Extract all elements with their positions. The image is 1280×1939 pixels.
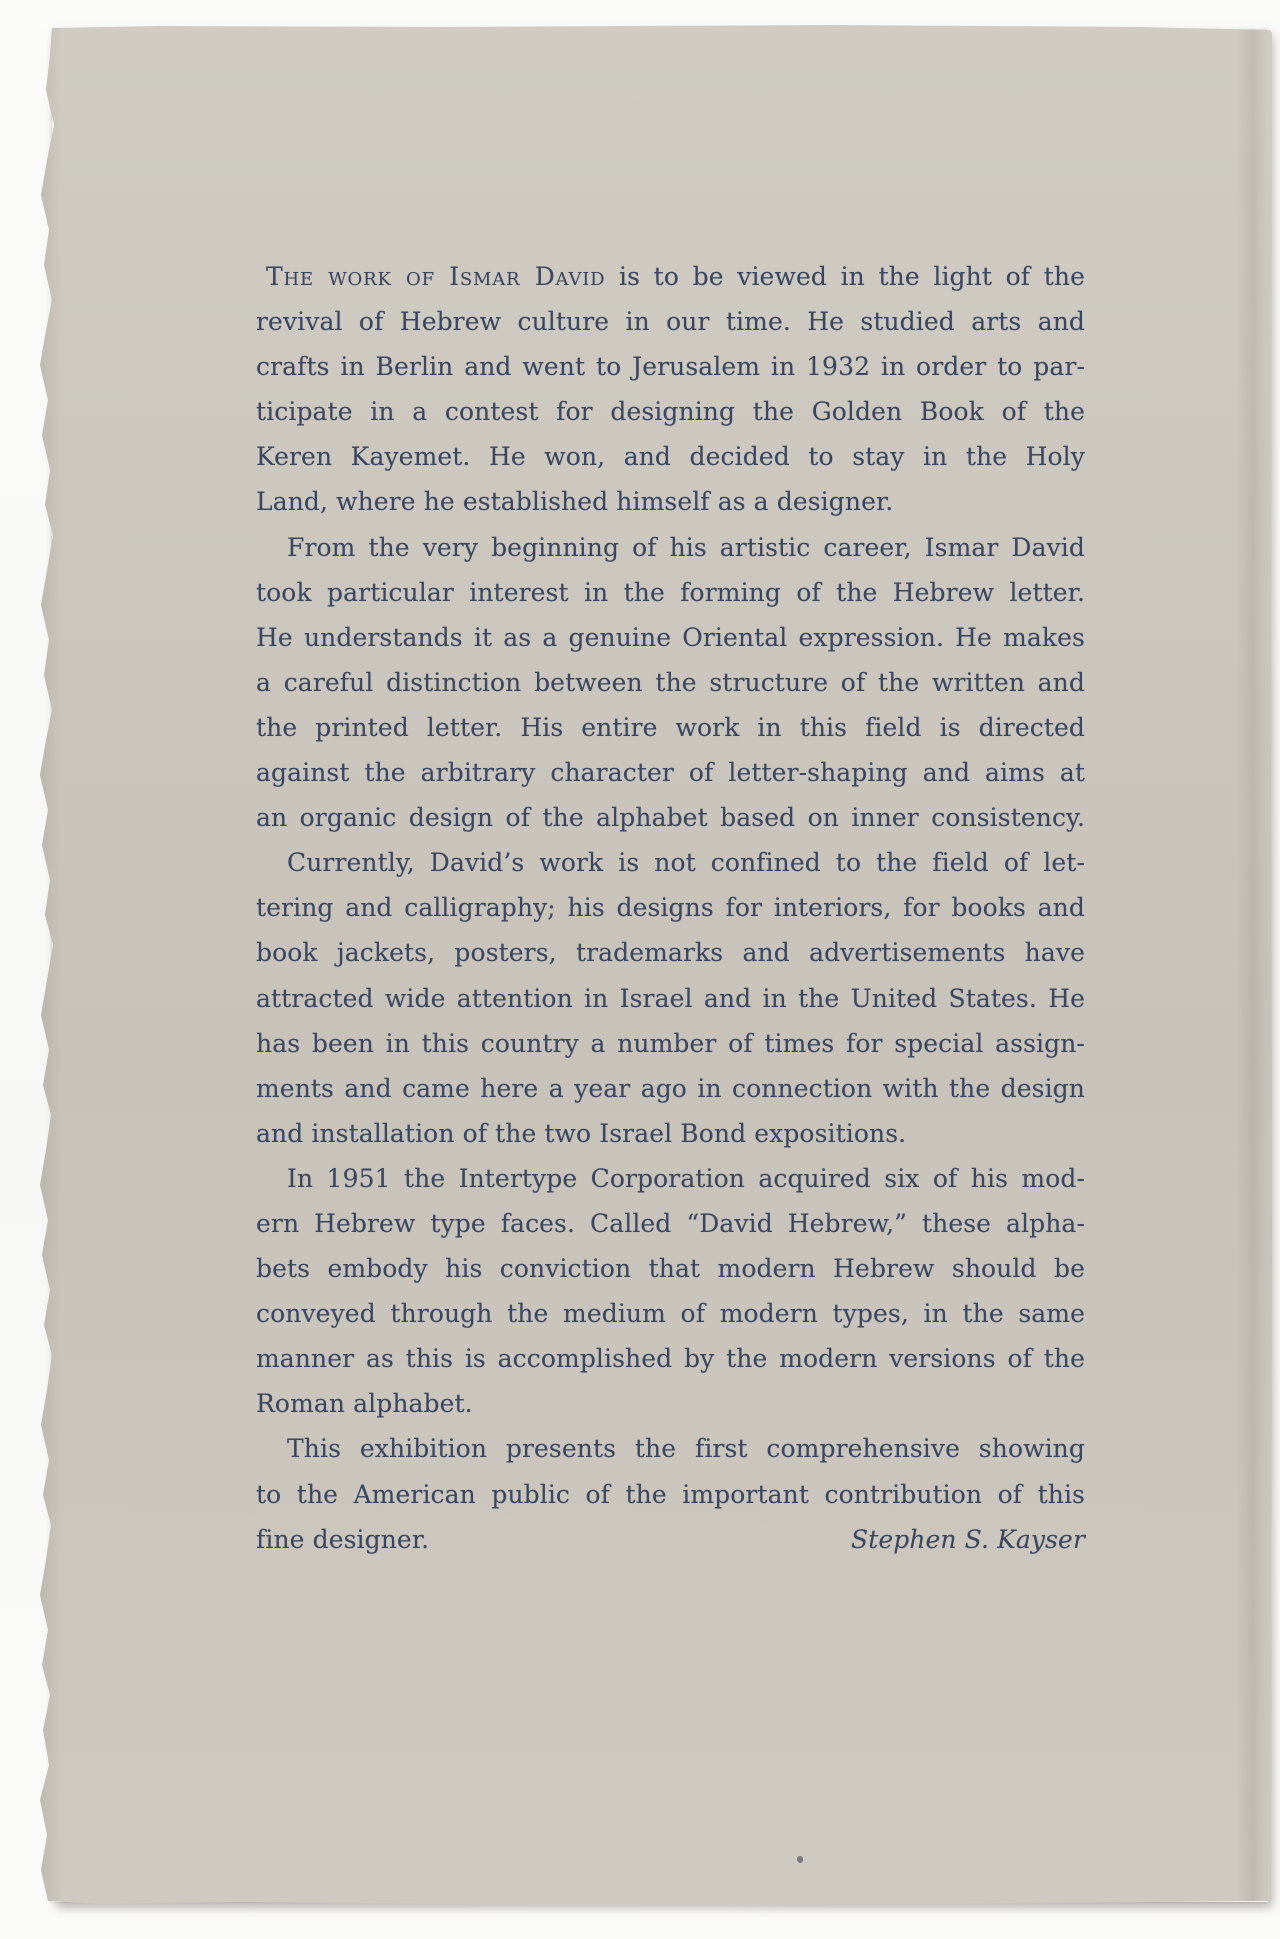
text-line: The work of Ismar David is to be viewed … (256, 254, 1085, 299)
text-line-rest: is to be viewed in the light of the (619, 262, 1085, 291)
text-line: ticipate in a contest for designing the … (256, 389, 1085, 434)
paragraph: In 1951 the Intertype Corporation acquir… (256, 1156, 1085, 1427)
text-line: an organic design of the alphabet based … (256, 795, 1085, 840)
text-line: to the American public of the important … (256, 1472, 1085, 1517)
text-line: manner as this is accomplished by the mo… (256, 1336, 1085, 1381)
text-line: Currently, David’s work is not confined … (256, 840, 1085, 885)
text-line: From the very beginning of his artistic … (256, 525, 1085, 570)
text-line: Land, where he established himself as a … (256, 479, 1085, 524)
page-text-block: The work of Ismar David is to be viewed … (256, 254, 1085, 1562)
text-line: ments and came here a year ago in connec… (256, 1066, 1085, 1111)
text-line: conveyed through the medium of modern ty… (256, 1291, 1085, 1336)
text-line: bets embody his conviction that modern H… (256, 1246, 1085, 1291)
ink-speck (797, 1856, 803, 1863)
text-line: tering and calligraphy; his designs for … (256, 885, 1085, 930)
text-line: revival of Hebrew culture in our time. H… (256, 299, 1085, 344)
text-line: crafts in Berlin and went to Jerusalem i… (256, 344, 1085, 389)
text-line: attracted wide attention in Israel and i… (256, 976, 1085, 1021)
scanned-page: The work of Ismar David is to be viewed … (38, 25, 1272, 1905)
closing-words: fine designer. (256, 1517, 429, 1562)
paragraph: From the very beginning of his artistic … (256, 525, 1085, 841)
text-line: He understands it as a genuine Oriental … (256, 615, 1085, 660)
paragraph: Currently, David’s work is not confined … (256, 840, 1085, 1156)
text-line: has been in this country a number of tim… (256, 1021, 1085, 1066)
scan-background: The work of Ismar David is to be viewed … (0, 0, 1280, 1939)
author-signature: Stephen S. Kayser (851, 1517, 1085, 1562)
text-line: book jackets, posters, trademarks and ad… (256, 930, 1085, 975)
paragraph: The work of Ismar David is to be viewed … (256, 254, 1085, 525)
text-line: fine designer. Stephen S. Kayser (256, 1517, 1085, 1562)
text-line: the printed letter. His entire work in t… (256, 705, 1085, 750)
text-line: took particular interest in the forming … (256, 570, 1085, 615)
paragraph: This exhibition presents the first compr… (256, 1426, 1085, 1561)
text-line: This exhibition presents the first compr… (256, 1426, 1085, 1471)
text-line: ern Hebrew type faces. Called “David Heb… (256, 1201, 1085, 1246)
text-line: against the arbitrary character of lette… (256, 750, 1085, 795)
text-line: a careful distinction between the struct… (256, 660, 1085, 705)
text-line: and installation of the two Israel Bond … (256, 1111, 1085, 1156)
text-line: Roman alphabet. (256, 1381, 1085, 1426)
text-line: Keren Kayemet. He won, and decided to st… (256, 434, 1085, 479)
text-line: In 1951 the Intertype Corporation acquir… (256, 1156, 1085, 1201)
lead-in-small-caps: The work of Ismar David (266, 262, 605, 291)
